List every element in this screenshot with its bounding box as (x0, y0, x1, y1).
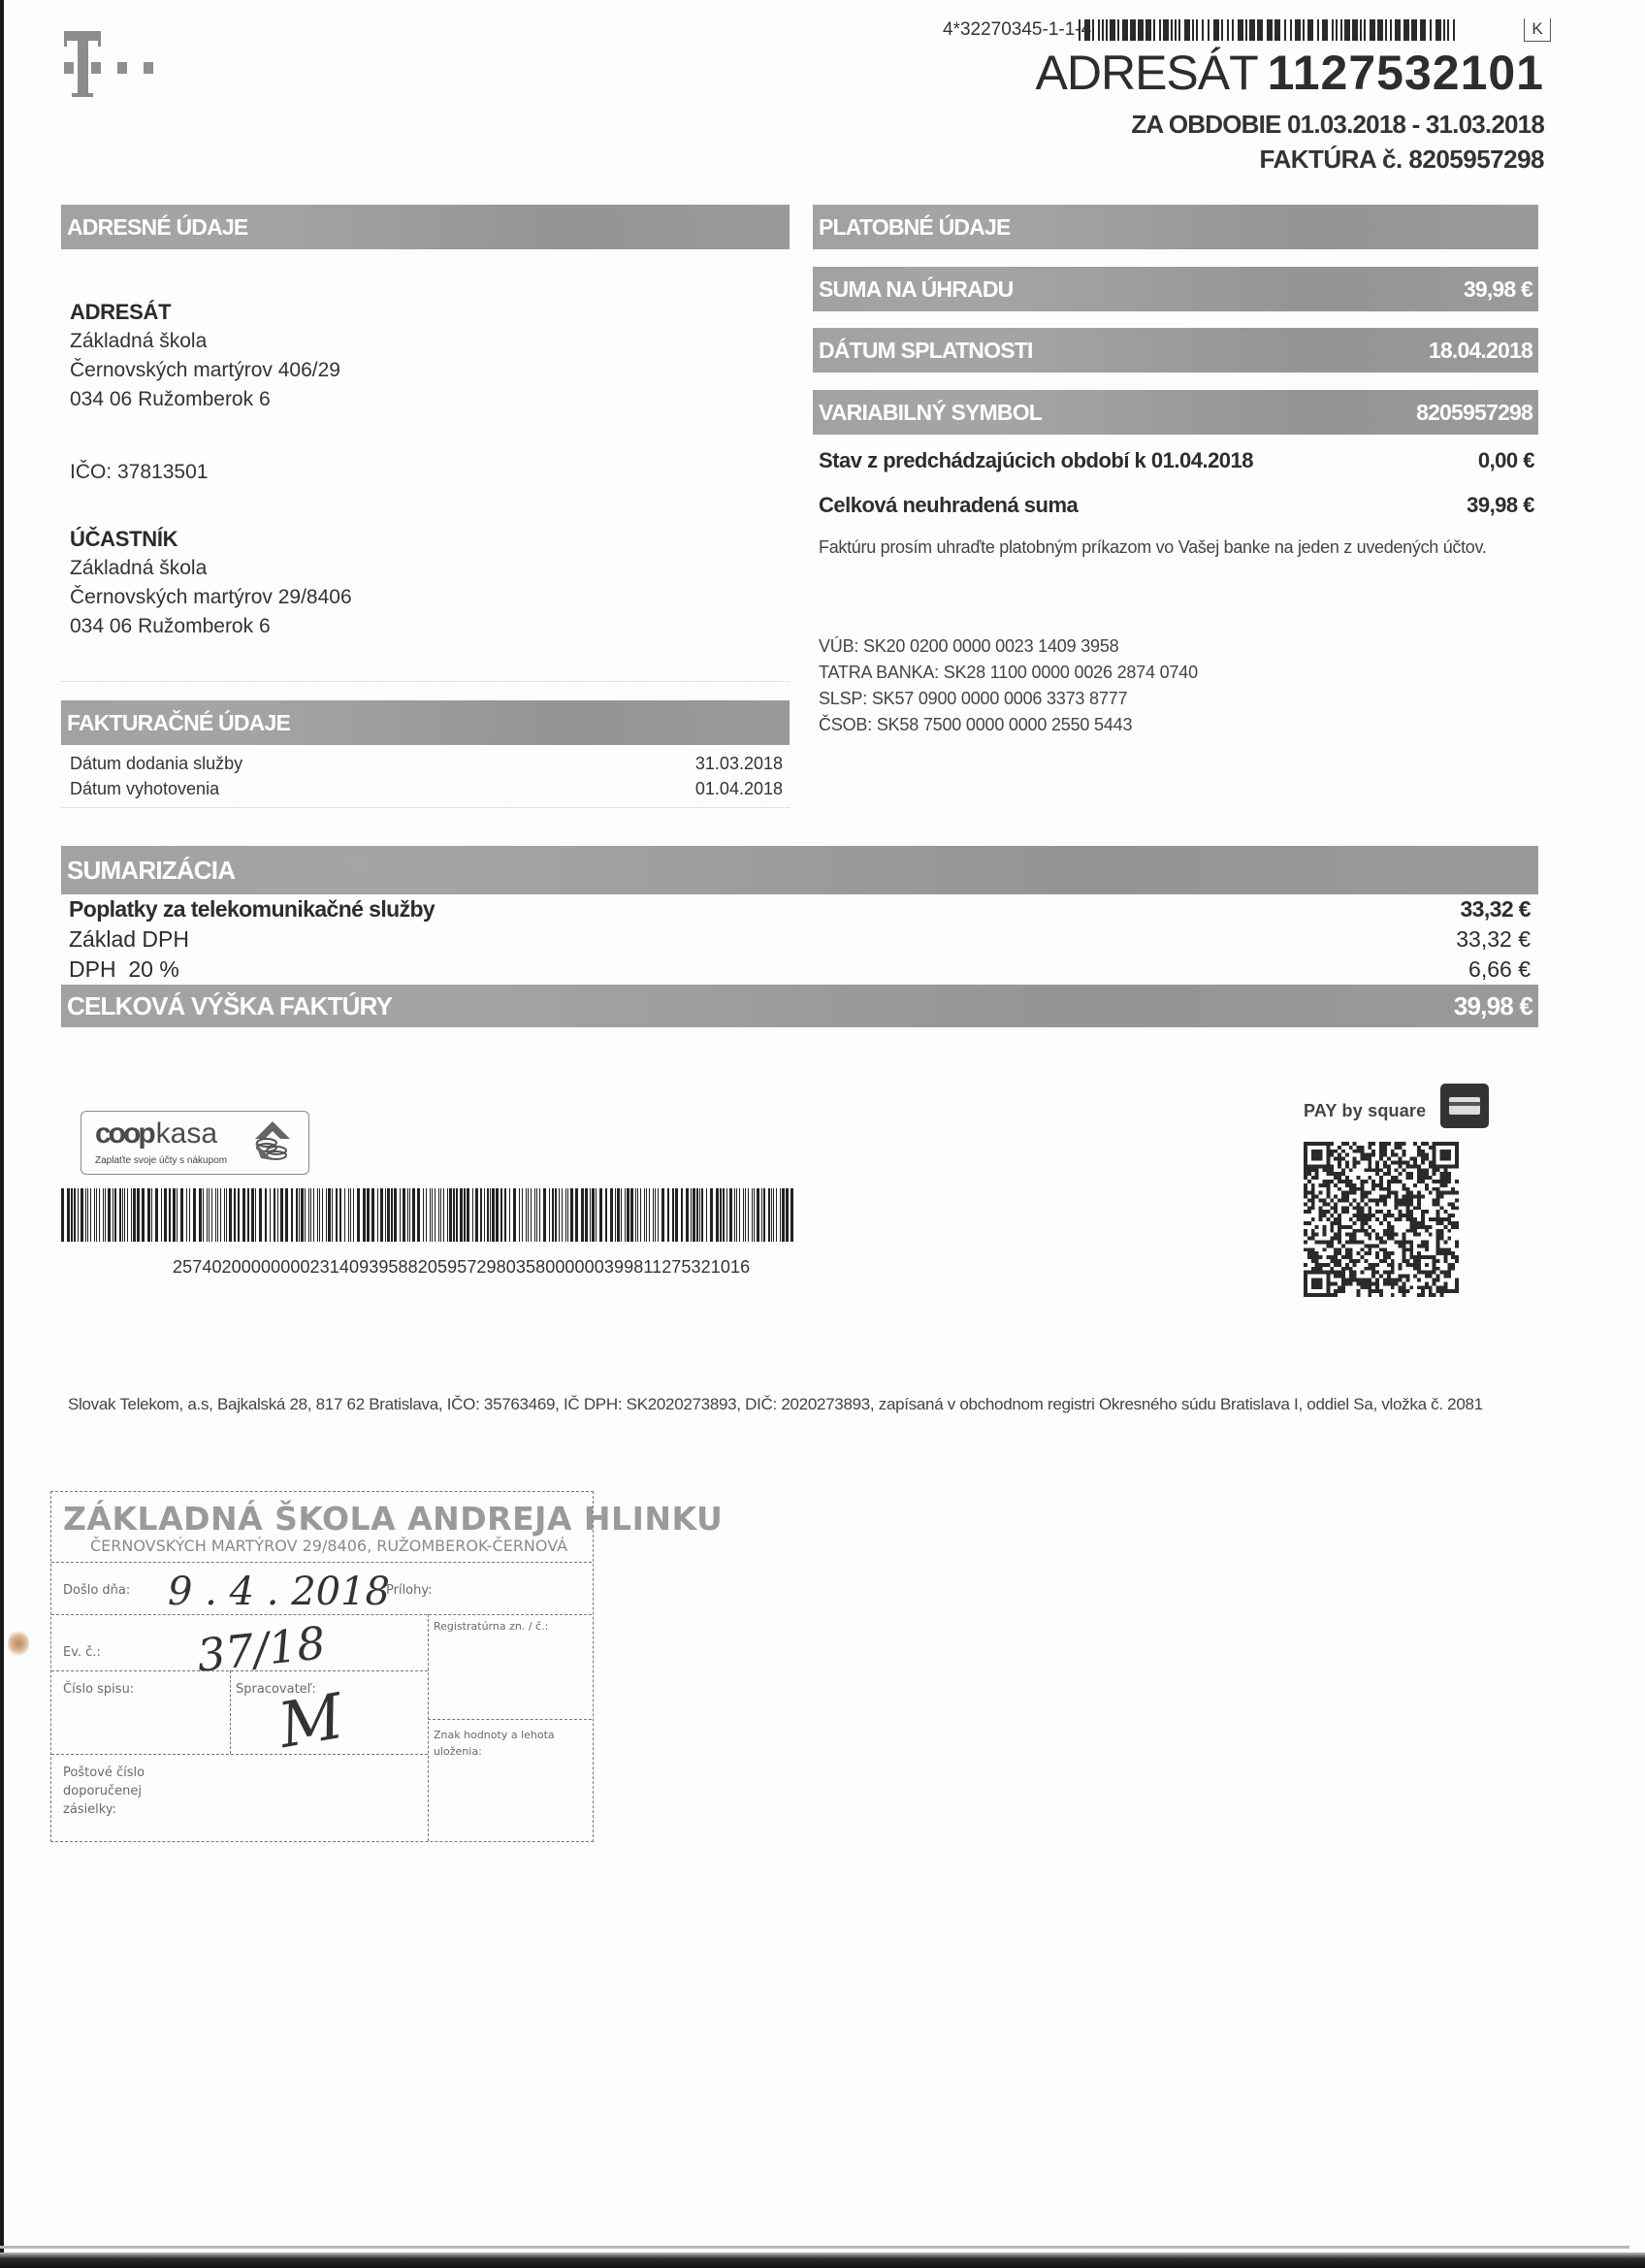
adresat-address: ADRESÁT Základná škola Černovských martý… (70, 298, 340, 414)
postal-number-label: Poštové číslo doporučenej zásielky: (63, 1764, 170, 1819)
received-label: Došlo dňa: (63, 1583, 130, 1598)
routing-barcode (1079, 19, 1498, 41)
file-no-label: Číslo spisu: (63, 1682, 134, 1697)
amount-due-bar: SUMA NA ÚHRADU 39,98 € (813, 267, 1538, 311)
retention-label: Znak hodnoty a lehota uloženia: (434, 1727, 579, 1760)
summary-value: 33,32 € (1460, 896, 1531, 923)
address-line: 034 06 Ružomberok 6 (70, 612, 352, 641)
section-title: ADRESNÉ ÚDAJE (67, 214, 247, 241)
variable-symbol-label: VARIABILNÝ SYMBOL (819, 400, 1042, 426)
section-title: FAKTURAČNÉ ÚDAJE (67, 710, 290, 736)
received-date: 9 . 4 . 2018 (168, 1570, 390, 1614)
coins-icon (251, 1119, 294, 1162)
divider (61, 681, 790, 682)
previous-balance-label: Stav z predchádzajúcich období k 01.04.2… (819, 448, 1253, 473)
stamp-school-name: ZÁKLADNÁ ŠKOLA ANDREJA HLINKU (63, 1500, 723, 1538)
variable-symbol-value: 8205957298 (1416, 400, 1532, 426)
address-line: Základná škola (70, 554, 352, 583)
address-line: Základná škola (70, 327, 340, 356)
adresat-number: 1127532101 (1268, 46, 1544, 100)
address-line: 034 06 Ružomberok 6 (70, 385, 340, 414)
invoice-total-value: 39,98 € (1454, 991, 1532, 1021)
address-line: Černovských martýrov 29/8406 (70, 583, 352, 612)
barcode-number: 2574020000000023140939588205957298035800… (173, 1257, 750, 1278)
bank-account: VÚB: SK20 0200 0000 0023 1409 3958 (819, 633, 1198, 660)
billing-row: Dátum dodania služby 31.03.2018 (70, 751, 783, 776)
billing-label: Dátum dodania služby (70, 751, 242, 776)
payment-barcode (61, 1188, 796, 1242)
summary-value: 33,32 € (1456, 926, 1531, 953)
payment-note: Faktúru prosím uhraďte platobným príkazo… (819, 537, 1487, 558)
reg-no-value: 37/18 (195, 1616, 328, 1682)
paper-stain (8, 1630, 29, 1657)
due-date-label: DÁTUM SPLATNOSTI (819, 338, 1033, 364)
billing-label: Dátum vyhotovenia (70, 776, 219, 801)
reference-code: 4*32270345-1-1-4 (943, 19, 1091, 41)
ico-number: IČO: 37813501 (70, 461, 208, 484)
section-title: PLATOBNÉ ÚDAJE (819, 214, 1011, 241)
scan-edge-bottom (0, 2252, 1645, 2268)
adresat-title: ADRESÁT (70, 298, 340, 327)
pay-by-square-label: PAY by square (1304, 1101, 1426, 1121)
balance-lines: Stav z predchádzajúcich období k 01.04.2… (819, 438, 1534, 528)
summary-value: 6,66 € (1468, 956, 1531, 983)
participant-title: ÚČASTNÍK (70, 525, 352, 554)
section-title: SUMARIZÁCIA (67, 856, 235, 886)
total-unpaid-label: Celková neuhradená suma (819, 493, 1078, 518)
adresat-heading: ADRESÁT1127532101 (1036, 45, 1545, 101)
variable-symbol-bar: VARIABILNÝ SYMBOL 8205957298 (813, 390, 1538, 435)
company-legal-info: Slovak Telekom, a.s, Bajkalská 28, 817 6… (68, 1395, 1483, 1414)
stamp-school-address: ČERNOVSKÝCH MARTÝROV 29/8406, RUŽOMBEROK… (90, 1537, 567, 1555)
billing-section-header: FAKTURAČNÉ ÚDAJE (61, 700, 790, 745)
invoice-total-label: CELKOVÁ VÝŠKA FAKTÚRY (67, 991, 392, 1021)
summary-label: DPH 20 % (69, 956, 179, 983)
summary-row: Poplatky za telekomunikačné služby 33,32… (61, 894, 1538, 924)
summary-row: Základ DPH 33,32 € (61, 924, 1538, 955)
payment-section-header: PLATOBNÉ ÚDAJE (813, 205, 1538, 249)
billing-row: Dátum vyhotovenia 01.04.2018 (70, 776, 783, 801)
billing-value: 31.03.2018 (695, 751, 783, 776)
bank-account: TATRA BANKA: SK28 1100 0000 0026 2874 07… (819, 660, 1198, 686)
invoice-total-bar: CELKOVÁ VÝŠKA FAKTÚRY 39,98 € (61, 985, 1538, 1027)
summary-label: Základ DPH (69, 926, 189, 953)
registry-label: Registratúrna zn. / č.: (434, 1620, 548, 1633)
participant-address: ÚČASTNÍK Základná škola Černovských mart… (70, 525, 352, 641)
bank-accounts: VÚB: SK20 0200 0000 0023 1409 3958 TATRA… (819, 633, 1198, 738)
previous-balance-value: 0,00 € (1478, 448, 1534, 473)
due-date-value: 18.04.2018 (1429, 338, 1532, 364)
handler-signature: M (274, 1681, 348, 1763)
due-date-bar: DÁTUM SPLATNOSTI 18.04.2018 (813, 328, 1538, 373)
adresat-label: ADRESÁT (1036, 46, 1258, 100)
billing-value: 01.04.2018 (695, 776, 783, 801)
reg-no-label: Ev. č.: (63, 1645, 101, 1660)
qr-code (1304, 1142, 1459, 1297)
summary-row: DPH 20 % 6,66 € (61, 955, 1538, 985)
billing-rows: Dátum dodania služby 31.03.2018 Dátum vy… (70, 751, 783, 801)
coop-kasa-tagline: Zaplaťte svoje účty s nákupom (95, 1155, 227, 1166)
summary-label: Poplatky za telekomunikačné služby (69, 896, 435, 923)
total-unpaid-row: Celková neuhradená suma 39,98 € (819, 483, 1534, 528)
scan-edge-left (0, 0, 4, 2268)
amount-due-label: SUMA NA ÚHRADU (819, 276, 1013, 303)
bank-account: ČSOB: SK58 7500 0000 0000 2550 5443 (819, 712, 1198, 738)
payment-card-icon (1440, 1084, 1489, 1128)
invoice-number: FAKTÚRA č. 8205957298 (1260, 145, 1544, 175)
billing-period: ZA OBDOBIE 01.03.2018 - 31.03.2018 (1131, 110, 1544, 140)
previous-balance-row: Stav z predchádzajúcich období k 01.04.2… (819, 438, 1534, 483)
summary-section: SUMARIZÁCIA Poplatky za telekomunikačné … (61, 846, 1538, 1027)
bank-account: SLSP: SK57 0900 0000 0006 3373 8777 (819, 686, 1198, 712)
coop-kasa-logo: coopkasa Zaplaťte svoje účty s nákupom (81, 1111, 309, 1175)
registry-stamp: ZÁKLADNÁ ŠKOLA ANDREJA HLINKU ČERNOVSKÝC… (50, 1491, 594, 1842)
amount-due-value: 39,98 € (1464, 276, 1532, 303)
address-section-header: ADRESNÉ ÚDAJE (61, 205, 790, 249)
coop-kasa-brand: coopkasa (95, 1118, 217, 1150)
address-line: Černovských martýrov 406/29 (70, 356, 340, 385)
telekom-logo (64, 29, 219, 102)
attachments-label: Prílohy: (386, 1583, 433, 1598)
summary-header: SUMARIZÁCIA (61, 846, 1538, 894)
corner-mark: K (1524, 18, 1551, 42)
total-unpaid-value: 39,98 € (1467, 493, 1534, 518)
scan-shadow (0, 2246, 1629, 2249)
divider (61, 807, 790, 808)
